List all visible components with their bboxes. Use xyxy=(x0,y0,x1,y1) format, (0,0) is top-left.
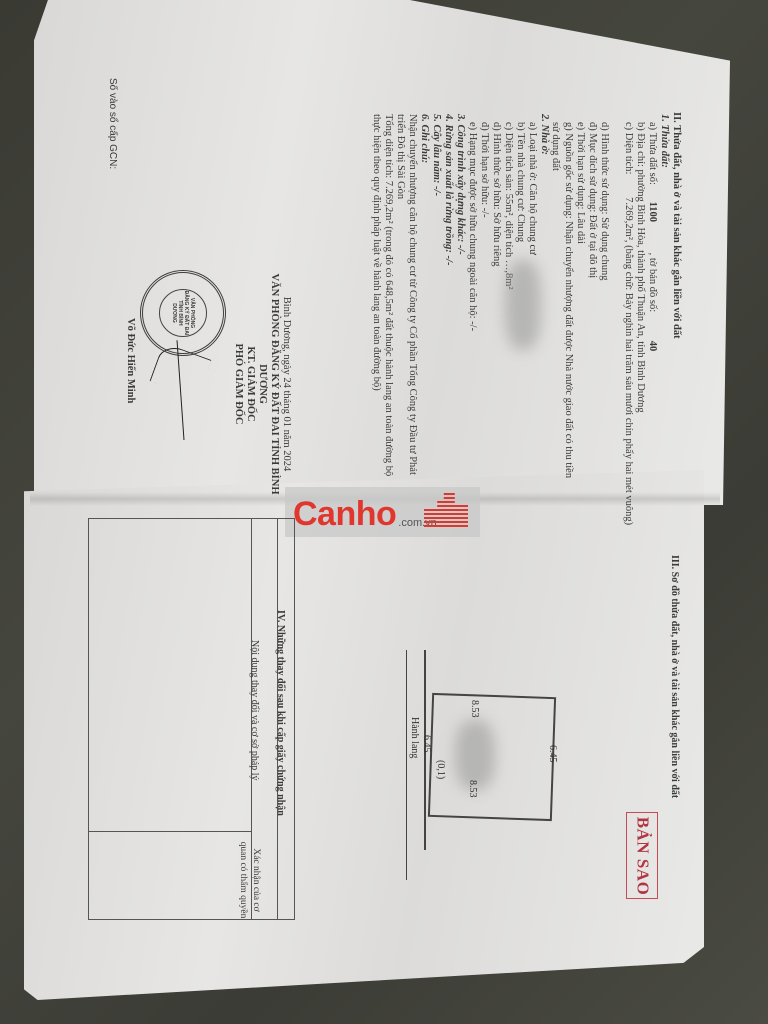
signature-block: Bình Dương, ngày 24 tháng 01 năm 2024 VĂ… xyxy=(232,264,292,504)
signer-name: Võ Đức Hiến Minh xyxy=(124,318,137,403)
dim-right: 6.45 xyxy=(547,745,558,763)
signer-role: PHÓ GIÁM ĐỐC xyxy=(232,264,244,504)
changes-col-confirmation: Xác nhận của cơ quan có thẩm quyền xyxy=(237,840,262,920)
section-iv-title: IV. Những thay đổi sau khi cấp giấy chứn… xyxy=(274,610,287,816)
land-address: b) Địa chỉ: phường Bình Hòa, thành phố T… xyxy=(634,122,647,413)
issue-date: Bình Dương, ngày 24 tháng 01 năm 2024 xyxy=(280,264,292,504)
boundary-line xyxy=(406,650,407,880)
land-heading: 1. Thửa đất: xyxy=(658,114,671,168)
gcn-register-number-label: Số vào sổ cấp GCN: xyxy=(106,78,119,169)
other-structures: 3. Công trình xây dựng khác: -/- xyxy=(454,114,467,255)
dim-top: 8.53 xyxy=(469,700,480,718)
ownership-term: đ) Thời hạn sở hữu: -/- xyxy=(478,122,491,218)
dim-bottom: 8.53 xyxy=(467,780,478,798)
land-area: c) Diện tích: 7.269,2m², (bằng chữ: Bảy … xyxy=(622,122,635,722)
copy-stamp: BẢN SAO xyxy=(626,812,658,899)
canho-watermark: Canho .com.vn xyxy=(285,487,480,537)
shared-items: e) Hạng mục được sở hữu chung ngoài căn … xyxy=(466,122,479,331)
dim-left: 6.45 xyxy=(421,735,432,753)
redaction-blur xyxy=(505,260,541,350)
ownership-form: d) Hình thức sở hữu: Sở hữu riêng xyxy=(490,122,503,267)
section-ii-land: 1. Thửa đất: xyxy=(658,114,671,168)
land-use-origin: g) Nguồn gốc sử dụng: Nhận chuyển nhượng… xyxy=(549,122,574,482)
note-line-1: Nhận chuyển nhượng căn hộ chung cư từ Cô… xyxy=(406,114,419,475)
section-iii-title: III. Sơ đồ thửa đất, nhà ở và tài sản kh… xyxy=(668,555,681,798)
dim-note: (0,1) xyxy=(435,760,446,779)
signer-kt: KT. GIÁM ĐỐC xyxy=(244,264,256,504)
house-heading: 2. Nhà ở: xyxy=(538,114,551,155)
note-line-2: triển Đô thị Sài Gòn xyxy=(394,114,407,199)
house-type: a) Loại nhà ở: Căn hộ chung cư xyxy=(526,122,539,255)
issuing-office: VĂN PHÒNG ĐĂNG KÝ ĐẤT ĐAI TỈNH BÌNH DƯƠN… xyxy=(256,264,280,504)
changes-table xyxy=(88,518,295,920)
watermark-brand: Canho xyxy=(293,497,396,531)
corridor-label: Hành lang xyxy=(409,717,420,758)
parcel-number: 1100 xyxy=(647,202,658,222)
map-sheet-number: 40 xyxy=(647,341,658,352)
note-line-3: Tổng diện tích: 7.269,2m² (trong đó có 6… xyxy=(382,114,395,476)
document-photo: Số vào sổ cấp GCN: II. Thửa đất, nhà ở v… xyxy=(0,0,768,1024)
building-name: b) Tên nhà chung cư: Chung xyxy=(514,122,527,242)
planted-forest: 4. Rừng sản xuất là rừng trồng: -/- xyxy=(442,114,455,265)
land-use-purpose: đ) Mục đích sử dụng: Đất ở tại đô thị xyxy=(586,122,599,278)
building-logo-icon xyxy=(424,493,468,529)
changes-col-content: Nội dung thay đổi và cơ sở pháp lý xyxy=(248,640,261,781)
official-seal-icon: VĂN PHÒNG ĐĂNG KÝ ĐẤT ĐAI TỈNH BÌNH DƯƠN… xyxy=(140,270,226,356)
land-use-form: d) Hình thức sử dụng: Sử dụng chung xyxy=(598,122,611,281)
notes-heading: 6. Ghi chú: xyxy=(418,114,431,163)
note-line-4: thực hiện theo quy định pháp luật về hàn… xyxy=(370,114,383,391)
perennial-trees: 5. Cây lâu năm: -/- xyxy=(430,114,443,196)
section-ii-title: II. Thửa đất, nhà ở và tài sản khác gắn … xyxy=(670,112,683,339)
land-use-term: e) Thời hạn sử dụng: Lâu dài xyxy=(574,122,587,244)
land-area-value: 7.269,2m², (bằng chữ: Bảy nghìn hai trăm… xyxy=(623,197,634,525)
land-parcel-line: a) Thửa đất số: 1100 , tờ bản đồ số: 40 xyxy=(646,122,659,351)
